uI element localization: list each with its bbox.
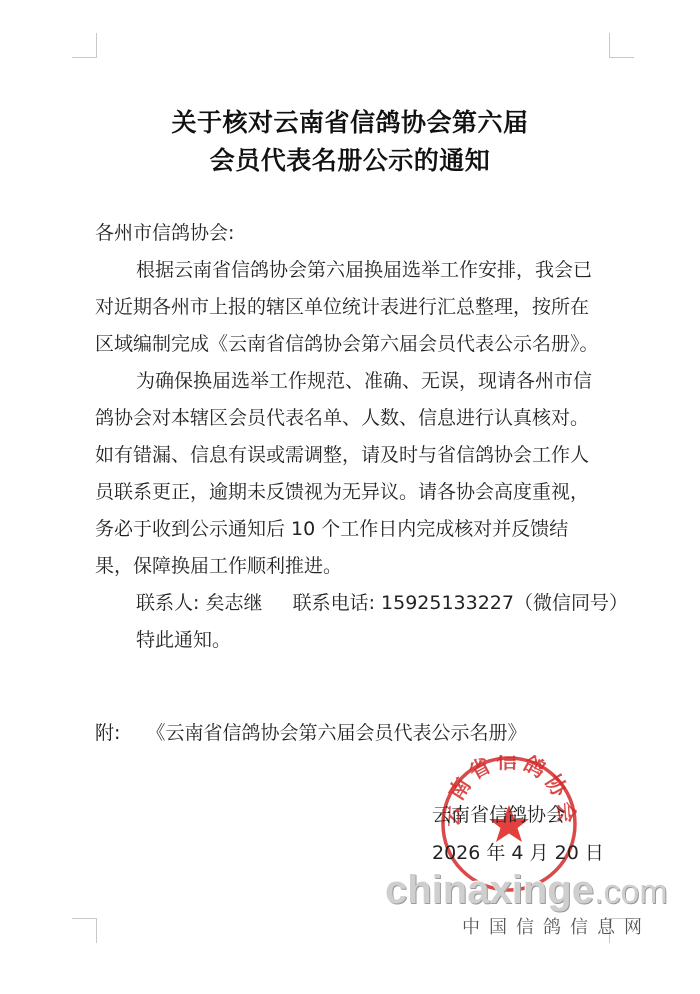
contact-phone-note: （微信同号）: [514, 592, 628, 614]
contact-phone-number: 15925133227: [381, 592, 514, 614]
paragraph-2-line-1: 为确保换届选举工作规范、准确、无误，现请各州市信: [136, 369, 592, 393]
watermark-site-cn: 中国信鸽信息网: [462, 913, 651, 939]
watermark-site-tld: .com: [594, 873, 668, 911]
contact-person-name: 矣志继: [205, 592, 262, 614]
paragraph-2-line-3: 如有错漏、信息有误或需调整，请及时与省信鸽协会工作人: [95, 443, 589, 467]
paragraph-2-line-5: 务必于收到公示通知后 10 个工作日内完成核对并反馈结: [95, 517, 568, 541]
attachment-label: 附:: [95, 722, 120, 744]
closing-text: 特此通知。: [136, 628, 231, 652]
paragraph-1-line-1: 根据云南省信鸽协会第六届换届选举工作安排，我会已: [136, 258, 592, 282]
attachment-line: 附: 《云南省信鸽协会第六届会员代表公示名册》: [95, 721, 527, 745]
page-corner-mark-bottom-left: [72, 918, 97, 943]
salutation: 各州市信鸽协会:: [95, 221, 234, 245]
watermark-site-name: chinaxinge.com: [385, 868, 668, 913]
signature-date: 2026 年 4 月 20 日: [432, 838, 604, 865]
paragraph-1-line-3: 区域编制完成《云南省信鸽协会第六届会员代表公示名册》。: [95, 332, 599, 356]
document-title-line-2: 会员代表名册公示的通知: [0, 141, 700, 177]
contact-phone-label: 联系电话:: [293, 592, 375, 614]
paragraph-1-line-2: 对近期各州市上报的辖区单位统计表进行汇总整理，按所在: [95, 295, 589, 319]
page-corner-mark-top-left: [72, 33, 97, 58]
paragraph-2-line-4: 员联系更正，逾期未反馈视为无异议。请各协会高度重视，: [95, 480, 589, 504]
page-corner-mark-top-right: [609, 33, 634, 58]
paragraph-2-line-6: 果，保障换届工作顺利推进。: [95, 554, 342, 578]
attachment-title: 《云南省信鸽协会第六届会员代表公示名册》: [147, 722, 527, 744]
signature-organization: 云南省信鸽协会: [432, 800, 565, 827]
watermark-site-domain: chinaxinge: [385, 868, 594, 912]
contact-line: 联系人: 矣志继 联系电话: 15925133227（微信同号）: [136, 591, 628, 615]
document-title-line-1: 关于核对云南省信鸽协会第六届: [0, 103, 700, 139]
paragraph-2-line-2: 鸽协会对本辖区会员代表名单、人数、信息进行认真核对。: [95, 406, 589, 430]
contact-person-label: 联系人:: [136, 592, 199, 614]
